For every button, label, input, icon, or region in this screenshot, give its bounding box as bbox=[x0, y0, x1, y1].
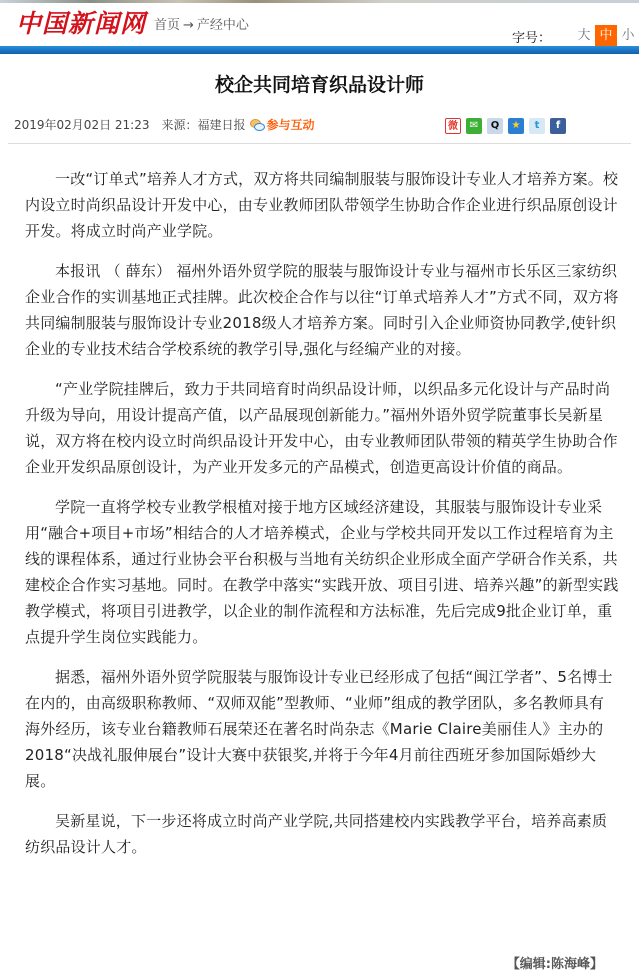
share-toolbar: 微 ✉ Q ★ t f bbox=[445, 118, 566, 134]
article-paragraph: 据悉，福州外语外贸学院服装与服饰设计专业已经形成了包括“闽江学者”、5名博士在内… bbox=[25, 664, 619, 794]
breadcrumb: 首页→产经中心 bbox=[154, 17, 249, 35]
article-body: 一改“订单式”培养人才方式，双方将共同编制服装与服饰设计专业人才培养方案。校内设… bbox=[25, 166, 619, 874]
font-size-small-button[interactable]: 小 bbox=[617, 25, 639, 47]
article-paragraph: 本报讯 （ 薛东） 福州外语外贸学院的服装与服饰设计专业与福州市长乐区三家纺织企… bbox=[25, 258, 619, 362]
article-meta: 2019年02月02日 21:23 来源：福建日报 参与互动 bbox=[14, 116, 315, 134]
article-paragraph: 学院一直将学校专业教学根植对接于地方区域经济建设，其服装与服饰设计专业采用“融合… bbox=[25, 494, 619, 650]
breadcrumb-section-link[interactable]: 产经中心 bbox=[197, 18, 249, 33]
article-paragraph: 吴新星说，下一步还将成立时尚产业学院,共同搭建校内实践教学平台，培养高素质纺织品… bbox=[25, 808, 619, 860]
font-size-label: 字号： bbox=[512, 27, 551, 46]
breadcrumb-arrow-icon: → bbox=[183, 18, 194, 33]
qq-icon[interactable]: Q bbox=[487, 118, 503, 134]
editor-credit: 【编辑:陈海峰】 bbox=[507, 953, 603, 972]
breadcrumb-home-link[interactable]: 首页 bbox=[154, 18, 180, 33]
font-size-large-button[interactable]: 大 bbox=[573, 25, 595, 47]
meta-separator bbox=[8, 143, 631, 144]
article-source: 来源：福建日报 bbox=[161, 116, 245, 134]
article-paragraph: “产业学院挂牌后，致力于共同培育时尚织品设计师，以织品多元化设计与产品时尚升级为… bbox=[25, 376, 619, 480]
article-title: 校企共同培育织品设计师 bbox=[0, 72, 639, 98]
interact-label: 参与互动 bbox=[267, 116, 315, 134]
interact-link[interactable]: 参与互动 bbox=[250, 116, 315, 134]
publish-datetime: 2019年02月02日 21:23 bbox=[14, 116, 149, 134]
weibo-icon[interactable]: 微 bbox=[445, 118, 461, 134]
font-size-switcher: 字号： 大 中 小 bbox=[512, 25, 639, 47]
article-paragraph: 一改“订单式”培养人才方式，双方将共同编制服装与服饰设计专业人才培养方案。校内设… bbox=[25, 166, 619, 244]
wechat-icon[interactable]: ✉ bbox=[466, 118, 482, 134]
twitter-icon[interactable]: t bbox=[529, 118, 545, 134]
font-size-medium-button[interactable]: 中 bbox=[595, 25, 617, 47]
site-logo[interactable]: 中国新闻网 bbox=[16, 9, 146, 39]
facebook-icon[interactable]: f bbox=[550, 118, 566, 134]
comment-bubble-icon bbox=[250, 119, 266, 132]
qzone-icon[interactable]: ★ bbox=[508, 118, 524, 134]
site-header: 中国新闻网 首页→产经中心 字号： 大 中 小 bbox=[0, 3, 639, 46]
header-divider-bar bbox=[0, 46, 639, 54]
